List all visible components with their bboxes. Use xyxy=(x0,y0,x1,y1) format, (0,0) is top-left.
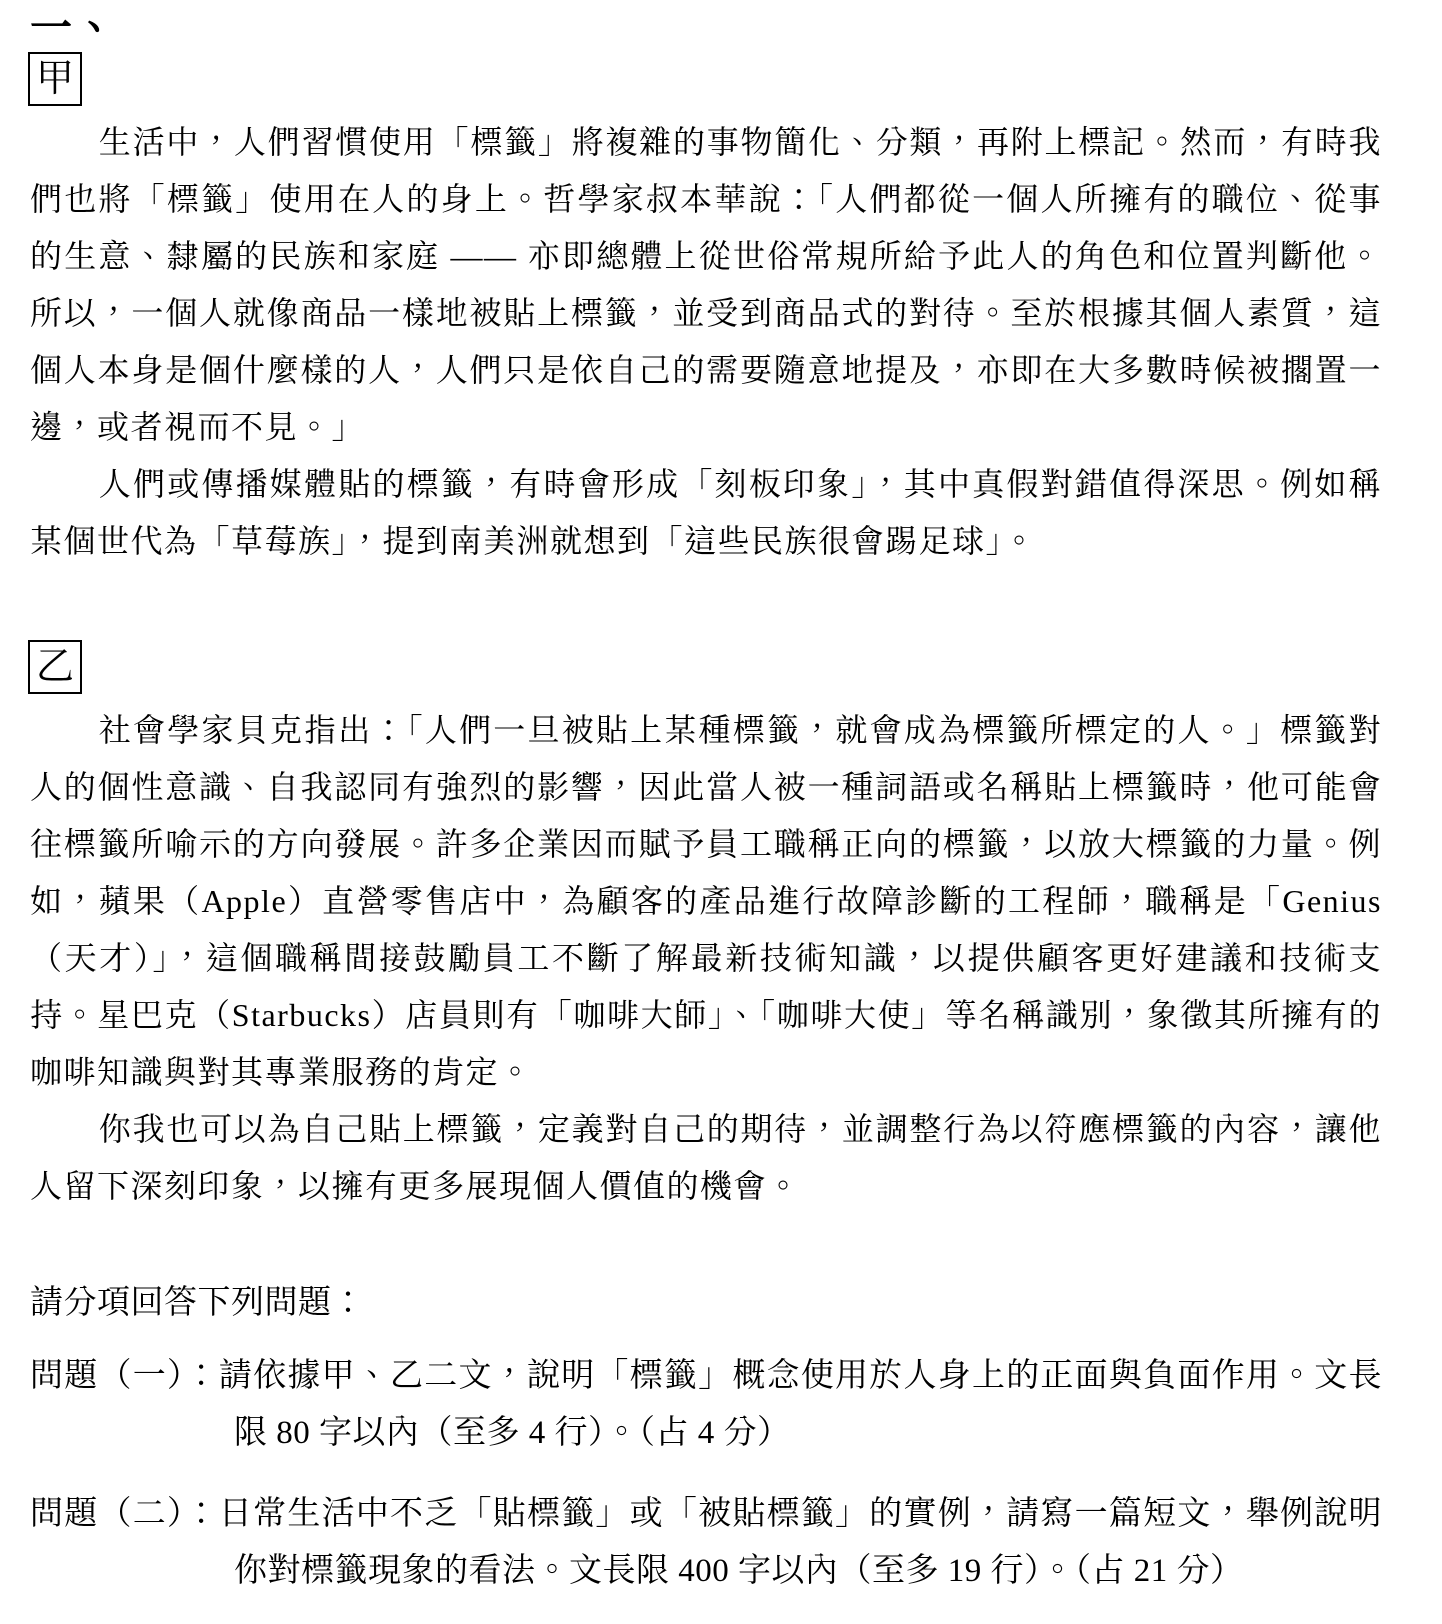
question-1: 問題（一）：請依據甲、乙二文，說明「標籤」概念使用於人身上的正面與負面作用。文長… xyxy=(30,1348,1382,1462)
question-1-text: 請依據甲、乙二文，說明「標籤」概念使用於人身上的正面與負面作用。文長限 80 字… xyxy=(219,1358,1382,1451)
passage-yi-paragraph-1: 社會學家貝克指出：「人們一旦被貼上某種標籤，就會成為標籤所標定的人。」標籤對人的… xyxy=(30,702,1382,1101)
passage-jia-paragraph-1: 生活中，人們習慣使用「標籤」將複雜的事物簡化、分類，再附上標記。然而，有時我們也… xyxy=(30,114,1382,456)
passage-yi-label-box: 乙 xyxy=(28,640,82,694)
question-2: 問題（二）：日常生活中不乏「貼標籤」或「被貼標籤」的實例，請寫一篇短文，舉例說明… xyxy=(30,1486,1382,1600)
question-1-label: 問題（一）： xyxy=(30,1358,219,1394)
section-number: 一、 xyxy=(30,6,1382,52)
passage-jia: 甲 生活中，人們習慣使用「標籤」將複雜的事物簡化、分類，再附上標記。然而，有時我… xyxy=(30,52,1382,570)
question-2-label: 問題（二）： xyxy=(30,1496,219,1532)
passage-yi: 乙 社會學家貝克指出：「人們一旦被貼上某種標籤，就會成為標籤所標定的人。」標籤對… xyxy=(30,640,1382,1215)
passage-yi-paragraph-2: 你我也可以為自己貼上標籤，定義對自己的期待，並調整行為以符應標籤的內容，讓他人留… xyxy=(30,1101,1382,1215)
exam-page: 一、 甲 生活中，人們習慣使用「標籤」將複雜的事物簡化、分類，再附上標記。然而，… xyxy=(0,0,1442,1624)
passage-jia-paragraph-2: 人們或傳播媒體貼的標籤，有時會形成「刻板印象」，其中真假對錯值得深思。例如稱某個… xyxy=(30,456,1382,570)
passage-jia-label-box: 甲 xyxy=(28,52,82,106)
question-2-text: 日常生活中不乏「貼標籤」或「被貼標籤」的實例，請寫一篇短文，舉例說明你對標籤現象… xyxy=(219,1496,1382,1589)
answer-instruction: 請分項回答下列問題： xyxy=(30,1275,1382,1332)
